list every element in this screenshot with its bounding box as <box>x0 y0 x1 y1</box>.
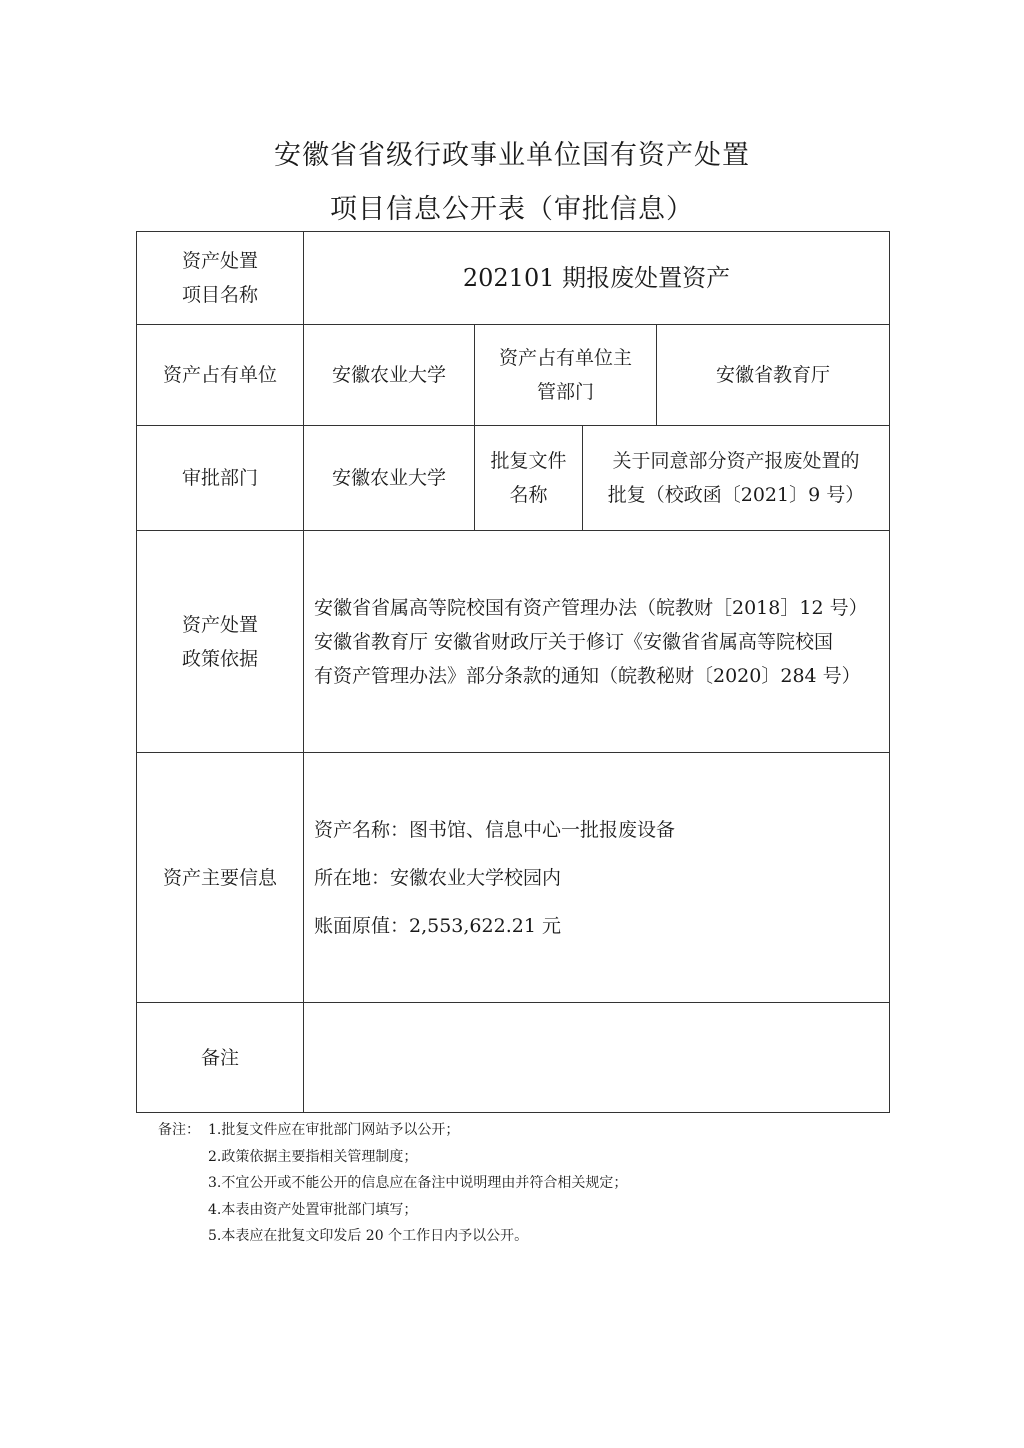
label-line: 批复文件 <box>483 444 574 478</box>
label-supervisor: 资产占有单位主 管部门 <box>475 325 657 426</box>
label-approval-doc: 批复文件 名称 <box>475 426 583 531</box>
label-line: 名称 <box>483 478 574 512</box>
value-asset-info: 资产名称：图书馆、信息中心一批报废设备 所在地：安徽农业大学校园内 账面原值：2… <box>304 753 890 1003</box>
row-policy: 资产处置 政策依据 安徽省省属高等院校国有资产管理办法（皖教财［2018］12 … <box>137 531 890 753</box>
label-project-name: 资产处置 项目名称 <box>137 232 304 325</box>
label-line: 资产处置 <box>145 244 295 278</box>
label-line: 项目名称 <box>145 278 295 312</box>
value-remarks <box>304 1003 890 1113</box>
row-approval: 审批部门 安徽农业大学 批复文件 名称 关于同意部分资产报废处置的 批复（校政函… <box>137 426 890 531</box>
asset-name-line: 资产名称：图书馆、信息中心一批报废设备 <box>314 806 881 854</box>
asset-value-line: 账面原值：2,553,622.21 元 <box>314 902 881 950</box>
label-line: 管部门 <box>483 375 648 409</box>
footnote-item: 5.本表应在批复文印发后 20 个工作日内予以公开。 <box>208 1223 627 1250</box>
asset-location-line: 所在地：安徽农业大学校园内 <box>314 854 881 902</box>
value-line: 关于同意部分资产报废处置的 <box>591 444 881 478</box>
footnotes-label: 备注： <box>158 1117 208 1144</box>
label-owner-unit: 资产占有单位 <box>137 325 304 426</box>
value-policy: 安徽省省属高等院校国有资产管理办法（皖教财［2018］12 号） 安徽省教育厅 … <box>304 531 890 753</box>
label-approval-dept: 审批部门 <box>137 426 304 531</box>
value-line: 批复（校政函〔2021〕9 号） <box>591 478 881 512</box>
label-asset-info: 资产主要信息 <box>137 753 304 1003</box>
footnotes: 备注： 1.批复文件应在审批部门网站予以公开； 2.政策依据主要指相关管理制度；… <box>158 1117 627 1250</box>
document-title-line1: 安徽省省级行政事业单位国有资产处置 <box>0 133 1024 172</box>
label-policy: 资产处置 政策依据 <box>137 531 304 753</box>
row-owner-unit: 资产占有单位 安徽农业大学 资产占有单位主 管部门 安徽省教育厅 <box>137 325 890 426</box>
value-supervisor: 安徽省教育厅 <box>657 325 890 426</box>
value-approval-dept: 安徽农业大学 <box>304 426 475 531</box>
row-remarks: 备注 <box>137 1003 890 1113</box>
policy-line: 安徽省省属高等院校国有资产管理办法（皖教财［2018］12 号） <box>314 591 881 625</box>
footnote-item: 1.批复文件应在审批部门网站予以公开； <box>208 1117 459 1144</box>
label-line: 资产占有单位主 <box>483 341 648 375</box>
policy-line: 有资产管理办法》部分条款的通知（皖教秘财〔2020〕284 号） <box>314 659 881 693</box>
label-line: 资产处置 <box>145 608 295 642</box>
value-approval-doc: 关于同意部分资产报废处置的 批复（校政函〔2021〕9 号） <box>583 426 890 531</box>
label-remarks: 备注 <box>137 1003 304 1113</box>
value-owner-unit: 安徽农业大学 <box>304 325 475 426</box>
label-line: 政策依据 <box>145 642 295 676</box>
row-asset-info: 资产主要信息 资产名称：图书馆、信息中心一批报废设备 所在地：安徽农业大学校园内… <box>137 753 890 1003</box>
footnote-item: 3.不宜公开或不能公开的信息应在备注中说明理由并符合相关规定； <box>208 1170 627 1197</box>
value-project-name: 202101 期报废处置资产 <box>304 232 890 325</box>
footnote-item: 2.政策依据主要指相关管理制度； <box>208 1144 627 1171</box>
footnote-item: 4.本表由资产处置审批部门填写； <box>208 1197 627 1224</box>
policy-line: 安徽省教育厅 安徽省财政厅关于修订《安徽省省属高等院校国 <box>314 625 881 659</box>
document-title-line2: 项目信息公开表（审批信息） <box>0 187 1024 226</box>
row-project-name: 资产处置 项目名称 202101 期报废处置资产 <box>137 232 890 325</box>
disposal-info-table: 资产处置 项目名称 202101 期报废处置资产 资产占有单位 安徽农业大学 资… <box>136 231 890 1113</box>
